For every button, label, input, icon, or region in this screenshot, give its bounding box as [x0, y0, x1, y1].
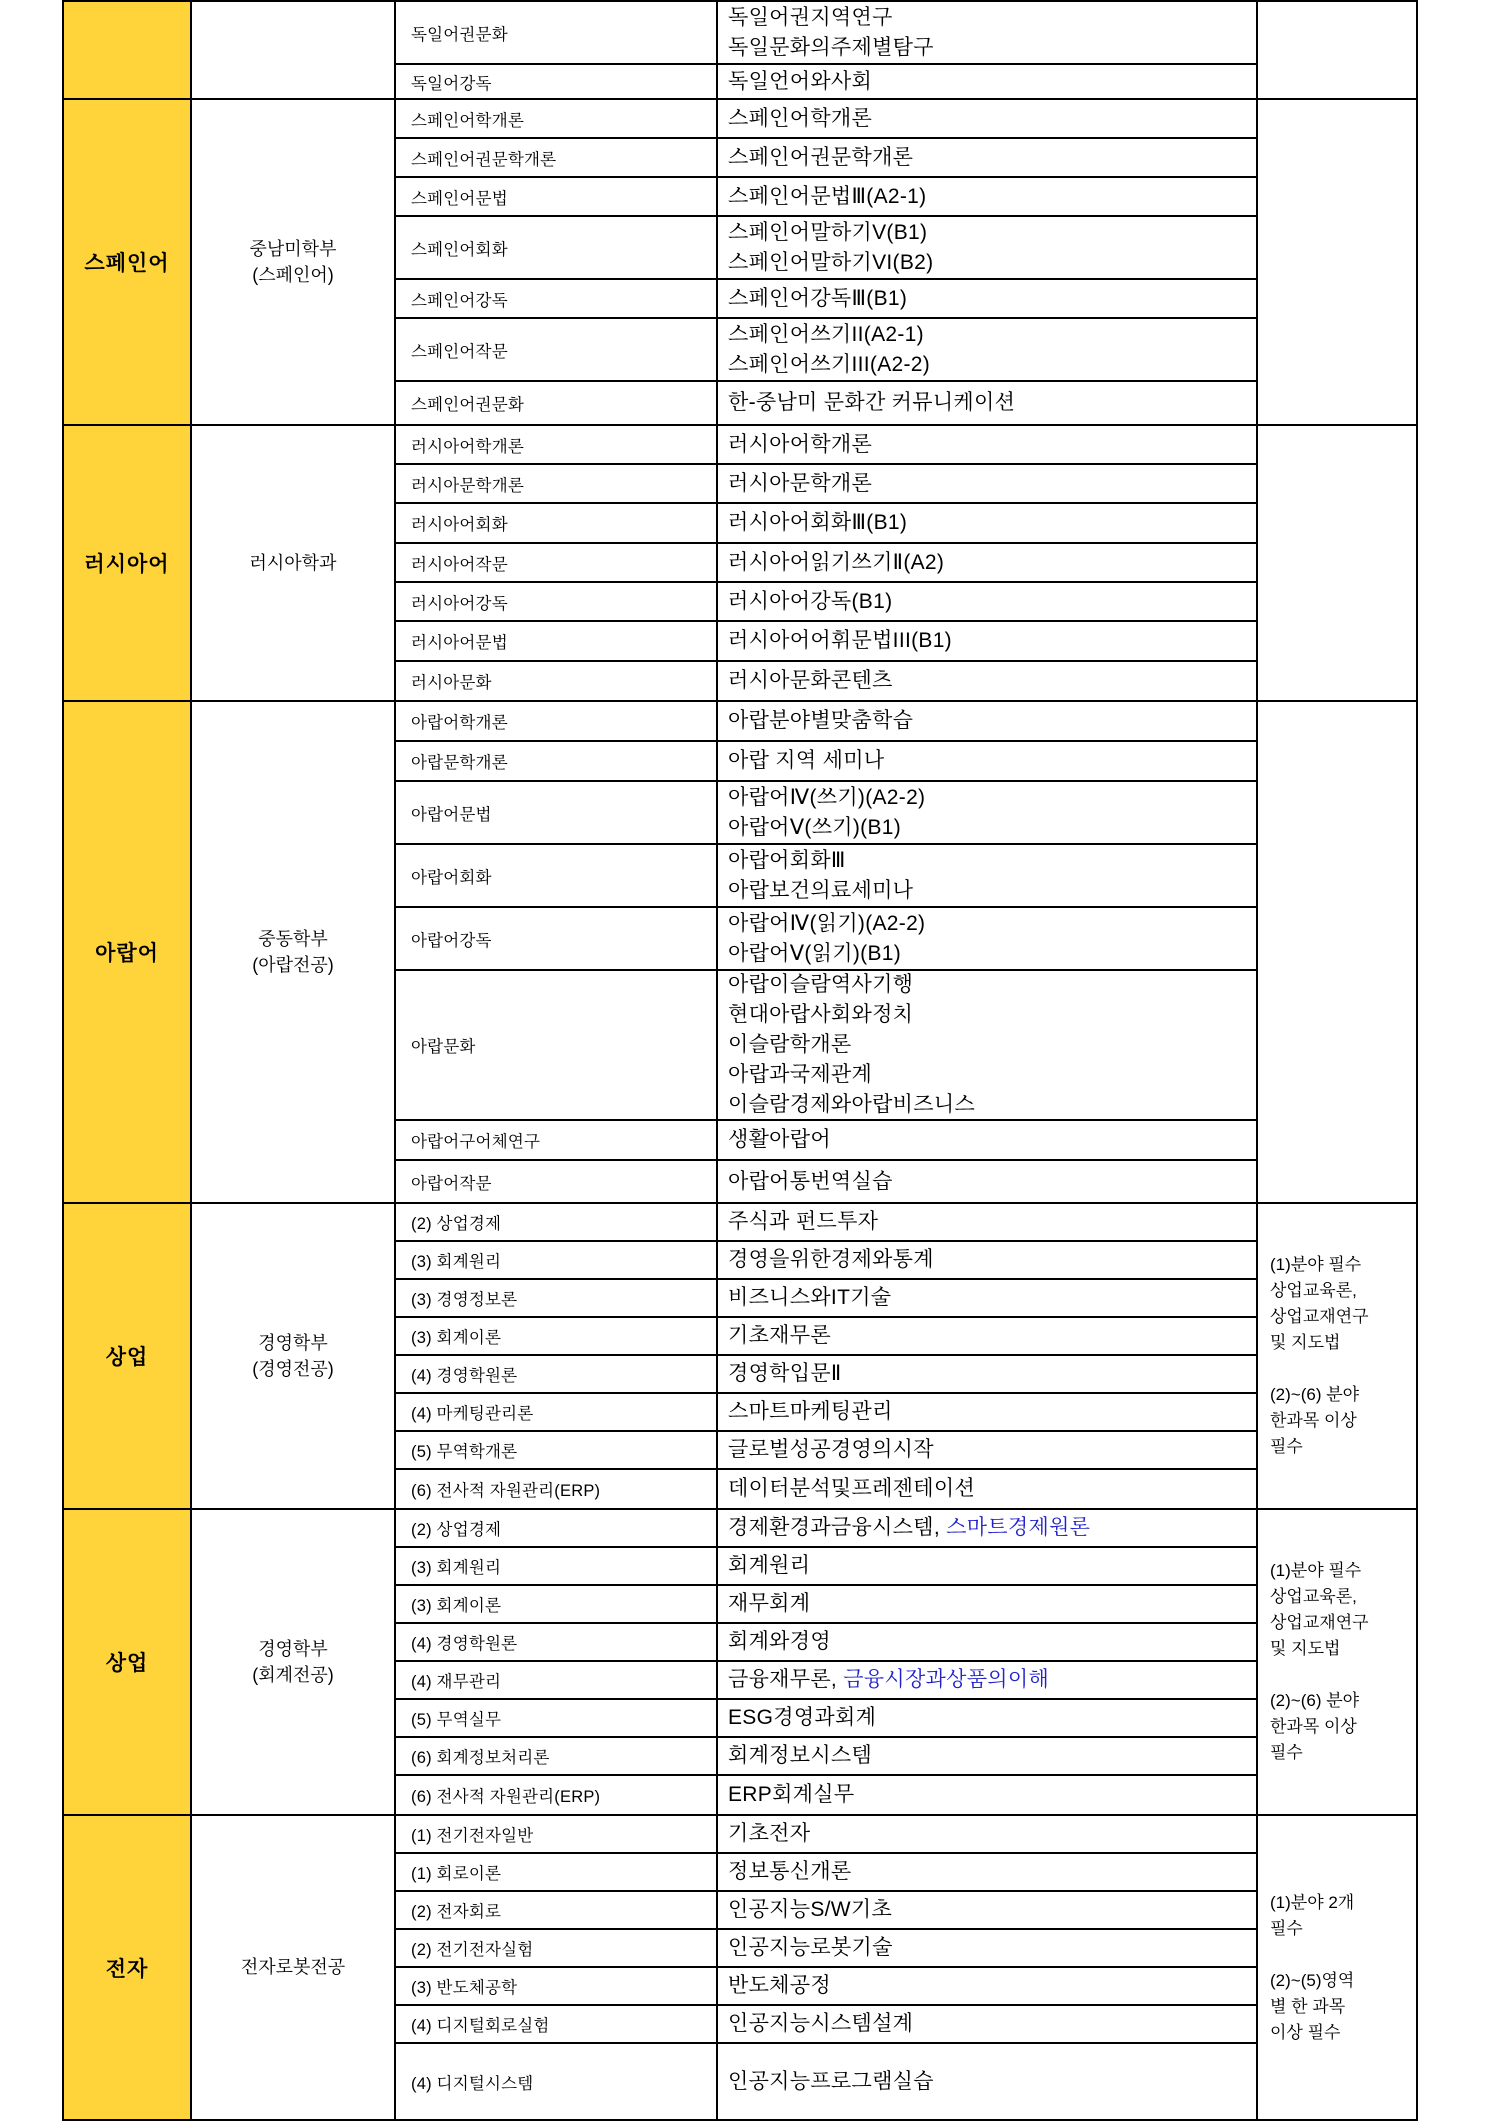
course-line: 독일문화의주제별탐구: [728, 33, 1256, 63]
category-cell: 러시아어회화: [396, 504, 718, 542]
course-text: ERP회계실무: [728, 1783, 854, 1806]
table-row: 스페인어강독스페인어강독Ⅲ(B1): [396, 280, 1256, 319]
course-text: 러시아문학개론: [728, 472, 872, 495]
table-row: (3) 회계이론기초재무론: [396, 1318, 1256, 1356]
course-line: 스페인어말하기V(B1): [728, 218, 1256, 248]
category-cell: (3) 회계이론: [396, 1586, 718, 1622]
category-cell: 아랍문화: [396, 971, 718, 1119]
course-text: 정보통신개론: [728, 1860, 852, 1883]
course-line: 회계와경영: [728, 1627, 1256, 1657]
course-line: 글로벌성공경영의시작: [728, 1435, 1256, 1465]
course-cell: 기초재무론: [718, 1318, 1256, 1354]
course-cell: 인공지능프로그램실습: [718, 2044, 1256, 2119]
dept-cell: 중남미학부 (스페인어): [192, 100, 396, 424]
course-line: 경영학입문Ⅱ: [728, 1359, 1256, 1389]
dept-cell: [192, 2, 396, 98]
table-row: (1) 회로이론정보통신개론: [396, 1854, 1256, 1892]
category-cell: 스페인어작문: [396, 319, 718, 380]
course-line: 아랍어Ⅳ(읽기)(A2-2): [728, 909, 1256, 939]
table-row: 독일어권문화독일어권지역연구독일문화의주제별탐구: [396, 2, 1256, 65]
course-cell: 정보통신개론: [718, 1854, 1256, 1890]
table-row: (3) 경영정보론비즈니스와IT기술: [396, 1280, 1256, 1318]
course-cell: 스마트마케팅관리: [718, 1394, 1256, 1430]
course-text: 아랍이슬람역사기행: [728, 973, 913, 996]
category-cell: (4) 경영학원론: [396, 1356, 718, 1392]
table-row: (3) 회계원리회계원리: [396, 1548, 1256, 1586]
table-row: 러시아어회화러시아어회화Ⅲ(B1): [396, 504, 1256, 544]
course-cell: 주식과 펀드투자: [718, 1204, 1256, 1240]
course-text: 독일문화의주제별탐구: [728, 36, 934, 59]
table-row: (6) 전사적 자원관리(ERP)데이터분석및프레젠테이션: [396, 1470, 1256, 1508]
dept-cell: 중동학부 (아랍전공): [192, 702, 396, 1202]
area-cell: 상업: [64, 1510, 192, 1814]
category-cell: (5) 무역실무: [396, 1700, 718, 1736]
course-cell: 한-중남미 문화간 커뮤니케이션: [718, 382, 1256, 424]
category-cell: (2) 전기전자실험: [396, 1930, 718, 1966]
course-line: 경제환경과금융시스템, 스마트경제원론: [728, 1513, 1256, 1543]
course-text: 재무회계: [728, 1592, 810, 1615]
course-text: 독일어권지역연구: [728, 6, 893, 29]
category-cell: (1) 전기전자일반: [396, 1816, 718, 1852]
course-line: 반도체공정: [728, 1971, 1256, 2001]
category-cell: (1) 회로이론: [396, 1854, 718, 1890]
course-cell: 독일언어와사회: [718, 65, 1256, 98]
note-cell: [1256, 2, 1416, 98]
course-cell: 반도체공정: [718, 1968, 1256, 2004]
course-text: 주식과 펀드투자: [728, 1210, 878, 1233]
table-row: (2) 전자회로인공지능S/W기초: [396, 1892, 1256, 1930]
table-row: (4) 디지털시스템인공지능프로그램실습: [396, 2044, 1256, 2119]
course-text: 스마트경제원론: [946, 1516, 1090, 1539]
category-cell: 아랍어문법: [396, 782, 718, 843]
course-line: 아랍어통번역실습: [728, 1167, 1256, 1197]
course-line: 아랍이슬람역사기행: [728, 971, 1256, 1000]
course-text: 기초재무론: [728, 1324, 831, 1347]
course-line: 인공지능S/W기초: [728, 1895, 1256, 1925]
table-row: 러시아문화러시아문화콘텐츠: [396, 662, 1256, 700]
course-cell: 기초전자: [718, 1816, 1256, 1852]
course-cell: 비즈니스와IT기술: [718, 1280, 1256, 1316]
course-text: 회계정보시스템: [728, 1744, 872, 1767]
course-line: 스페인어말하기VI(B2): [728, 248, 1256, 278]
course-text: 아랍 지역 세미나: [728, 749, 884, 772]
category-cell: (6) 회계정보처리론: [396, 1738, 718, 1774]
table-row: (4) 디지털회로실험인공지능시스템설계: [396, 2006, 1256, 2044]
course-text: 금융시장과상품의이해: [843, 1668, 1049, 1691]
course-cell: 아랍분야별맞춤학습: [718, 702, 1256, 740]
course-text: 아랍어회화Ⅲ: [728, 849, 846, 872]
course-line: 러시아어읽기쓰기Ⅱ(A2): [728, 548, 1256, 578]
course-line: 생활아랍어: [728, 1125, 1256, 1155]
area-cell: 상업: [64, 1204, 192, 1508]
table-row: (4) 경영학원론경영학입문Ⅱ: [396, 1356, 1256, 1394]
category-cell: (2) 전자회로: [396, 1892, 718, 1928]
course-cell: 러시아어학개론: [718, 426, 1256, 463]
course-cell: 스페인어권문학개론: [718, 139, 1256, 176]
category-cell: 독일어강독: [396, 65, 718, 98]
note-cell: (1)분야 2개 필수 (2)~(5)영역 별 한 과목 이상 필수: [1256, 1816, 1416, 2119]
course-text: 러시아어읽기쓰기Ⅱ(A2): [728, 551, 944, 574]
table-row: (2) 상업경제경제환경과금융시스템, 스마트경제원론: [396, 1510, 1256, 1548]
course-line: 스페인어권문학개론: [728, 143, 1256, 173]
course-cell: 인공지능로봇기술: [718, 1930, 1256, 1966]
course-line: 인공지능프로그램실습: [728, 2067, 1256, 2097]
note-cell: (1)분야 필수 상업교육론, 상업교재연구 및 지도법 (2)~(6) 분야 …: [1256, 1204, 1416, 1508]
rows-area: 아랍어학개론아랍분야별맞춤학습아랍문학개론아랍 지역 세미나아랍어문법아랍어Ⅳ(…: [396, 702, 1256, 1202]
course-line: 스마트마케팅관리: [728, 1397, 1256, 1427]
course-line: ERP회계실무: [728, 1780, 1256, 1810]
course-text: 인공지능시스템설계: [728, 2012, 913, 2035]
course-cell: 경영을위한경제와통계: [718, 1242, 1256, 1278]
course-line: 독일어권지역연구: [728, 3, 1256, 33]
course-line: 러시아어어휘문법III(B1): [728, 626, 1256, 656]
category-cell: (4) 디지털회로실험: [396, 2006, 718, 2042]
course-text: 경제환경과금융시스템,: [728, 1516, 946, 1539]
course-cell: 스페인어강독Ⅲ(B1): [718, 280, 1256, 317]
table-row: (5) 무역실무ESG경영과회계: [396, 1700, 1256, 1738]
table-row: 아랍어문법아랍어Ⅳ(쓰기)(A2-2)아랍어Ⅴ(쓰기)(B1): [396, 782, 1256, 845]
course-line: 금융재무론, 금융시장과상품의이해: [728, 1665, 1256, 1695]
category-cell: 스페인어학개론: [396, 100, 718, 137]
table-row: 아랍어작문아랍어통번역실습: [396, 1161, 1256, 1202]
table-row: 아랍어학개론아랍분야별맞춤학습: [396, 702, 1256, 742]
category-cell: 러시아어학개론: [396, 426, 718, 463]
course-cell: 아랍어Ⅳ(읽기)(A2-2)아랍어Ⅴ(읽기)(B1): [718, 908, 1256, 969]
course-cell: 인공지능S/W기초: [718, 1892, 1256, 1928]
course-line: 스페인어학개론: [728, 104, 1256, 134]
course-cell: 생활아랍어: [718, 1121, 1256, 1159]
table-row: (5) 무역학개론글로벌성공경영의시작: [396, 1432, 1256, 1470]
course-line: 아랍 지역 세미나: [728, 746, 1256, 776]
course-cell: 스페인어말하기V(B1)스페인어말하기VI(B2): [718, 217, 1256, 278]
course-cell: 금융재무론, 금융시장과상품의이해: [718, 1662, 1256, 1698]
category-cell: 러시아문학개론: [396, 465, 718, 502]
section-spanish: 스페인어중남미학부 (스페인어)스페인어학개론스페인어학개론스페인어권문학개론스…: [62, 100, 1418, 426]
course-cell: 아랍어회화Ⅲ아랍보건의료세미나: [718, 845, 1256, 906]
note-cell: [1256, 702, 1416, 1202]
category-cell: (3) 반도체공학: [396, 1968, 718, 2004]
table-row: 러시아어학개론러시아어학개론: [396, 426, 1256, 465]
table-row: (3) 회계원리경영을위한경제와통계: [396, 1242, 1256, 1280]
section-russian: 러시아어러시아학과러시아어학개론러시아어학개론러시아문학개론러시아문학개론러시아…: [62, 426, 1418, 702]
note-cell: [1256, 100, 1416, 424]
table-row: (2) 전기전자실험인공지능로봇기술: [396, 1930, 1256, 1968]
course-cell: 러시아어강독(B1): [718, 583, 1256, 620]
category-cell: 아랍어학개론: [396, 702, 718, 740]
table-row: 스페인어회화스페인어말하기V(B1)스페인어말하기VI(B2): [396, 217, 1256, 280]
category-cell: 아랍어회화: [396, 845, 718, 906]
section-commerce-accounting: 상업경영학부 (회계전공)(2) 상업경제경제환경과금융시스템, 스마트경제원론…: [62, 1510, 1418, 1816]
course-line: 독일언어와사회: [728, 67, 1256, 97]
course-text: 인공지능프로그램실습: [728, 2070, 934, 2093]
course-line: 인공지능시스템설계: [728, 2009, 1256, 2039]
course-line: 현대아랍사회와정치: [728, 1000, 1256, 1030]
category-cell: 스페인어강독: [396, 280, 718, 317]
course-line: 아랍어Ⅴ(쓰기)(B1): [728, 813, 1256, 843]
course-line: 한-중남미 문화간 커뮤니케이션: [728, 388, 1256, 418]
course-text: 러시아어강독(B1): [728, 590, 892, 613]
course-text: 인공지능로봇기술: [728, 1936, 893, 1959]
table-row: 스페인어학개론스페인어학개론: [396, 100, 1256, 139]
course-text: 반도체공정: [728, 1974, 831, 1997]
area-cell: [64, 2, 192, 98]
rows-area: 러시아어학개론러시아어학개론러시아문학개론러시아문학개론러시아어회화러시아어회화…: [396, 426, 1256, 700]
course-line: 아랍어Ⅳ(쓰기)(A2-2): [728, 783, 1256, 813]
course-cell: 경영학입문Ⅱ: [718, 1356, 1256, 1392]
course-text: 인공지능S/W기초: [728, 1898, 892, 1921]
course-cell: 데이터분석및프레젠테이션: [718, 1470, 1256, 1508]
course-cell: 글로벌성공경영의시작: [718, 1432, 1256, 1468]
category-cell: (4) 경영학원론: [396, 1624, 718, 1660]
course-text: 비즈니스와IT기술: [728, 1286, 891, 1309]
course-text: 이슬람경제와아랍비즈니스: [728, 1093, 975, 1116]
category-cell: (5) 무역학개론: [396, 1432, 718, 1468]
course-line: 스페인어문법Ⅲ(A2-1): [728, 182, 1256, 212]
course-text: 러시아어어휘문법III(B1): [728, 629, 952, 652]
course-line: 아랍보건의료세미나: [728, 876, 1256, 906]
course-text: 아랍분야별맞춤학습: [728, 709, 913, 732]
category-cell: (4) 디지털시스템: [396, 2044, 718, 2119]
section-electronics: 전자전자로봇전공(1) 전기전자일반기초전자(1) 회로이론정보통신개론(2) …: [62, 1816, 1418, 2121]
course-text: 경영을위한경제와통계: [728, 1248, 934, 1271]
category-cell: (2) 상업경제: [396, 1510, 718, 1546]
rows-area: (2) 상업경제경제환경과금융시스템, 스마트경제원론(3) 회계원리회계원리(…: [396, 1510, 1256, 1814]
course-text: 아랍어Ⅴ(쓰기)(B1): [728, 816, 901, 839]
section-german-partial: 독일어권문화독일어권지역연구독일문화의주제별탐구독일어강독독일언어와사회: [62, 2, 1418, 100]
course-line: 스페인어쓰기II(A2-1): [728, 320, 1256, 350]
category-cell: 러시아어강독: [396, 583, 718, 620]
course-line: 러시아어강독(B1): [728, 587, 1256, 617]
table-row: (4) 재무관리금융재무론, 금융시장과상품의이해: [396, 1662, 1256, 1700]
category-cell: (3) 회계원리: [396, 1548, 718, 1584]
course-cell: 러시아어어휘문법III(B1): [718, 622, 1256, 660]
category-cell: 러시아어작문: [396, 544, 718, 581]
course-cell: 회계정보시스템: [718, 1738, 1256, 1774]
category-cell: 러시아문화: [396, 662, 718, 700]
category-cell: 아랍어강독: [396, 908, 718, 969]
rows-area: (2) 상업경제주식과 펀드투자(3) 회계원리경영을위한경제와통계(3) 경영…: [396, 1204, 1256, 1508]
category-cell: 스페인어권문학개론: [396, 139, 718, 176]
course-cell: 스페인어문법Ⅲ(A2-1): [718, 178, 1256, 215]
course-cell: 러시아문화콘텐츠: [718, 662, 1256, 700]
category-cell: 아랍문학개론: [396, 742, 718, 780]
course-cell: 회계와경영: [718, 1624, 1256, 1660]
curriculum-table: 독일어권문화독일어권지역연구독일문화의주제별탐구독일어강독독일언어와사회스페인어…: [62, 0, 1418, 2121]
course-cell: 아랍 지역 세미나: [718, 742, 1256, 780]
course-line: 비즈니스와IT기술: [728, 1283, 1256, 1313]
course-line: 아랍분야별맞춤학습: [728, 706, 1256, 736]
table-row: 아랍문학개론아랍 지역 세미나: [396, 742, 1256, 782]
table-row: (1) 전기전자일반기초전자: [396, 1816, 1256, 1854]
category-cell: 스페인어권문화: [396, 382, 718, 424]
course-text: 스페인어쓰기II(A2-1): [728, 323, 924, 346]
dept-cell: 전자로봇전공: [192, 1816, 396, 2119]
table-row: (3) 반도체공학반도체공정: [396, 1968, 1256, 2006]
course-text: 스페인어문법Ⅲ(A2-1): [728, 185, 926, 208]
course-text: 아랍어Ⅴ(읽기)(B1): [728, 942, 901, 965]
course-line: 경영을위한경제와통계: [728, 1245, 1256, 1275]
course-cell: 러시아어회화Ⅲ(B1): [718, 504, 1256, 542]
course-text: 러시아문화콘텐츠: [728, 669, 893, 692]
category-cell: (4) 마케팅관리론: [396, 1394, 718, 1430]
course-text: 러시아어회화Ⅲ(B1): [728, 511, 907, 534]
table-row: (6) 회계정보처리론회계정보시스템: [396, 1738, 1256, 1776]
table-row: (6) 전사적 자원관리(ERP)ERP회계실무: [396, 1776, 1256, 1814]
course-text: 기초전자: [728, 1822, 810, 1845]
table-row: (2) 상업경제주식과 펀드투자: [396, 1204, 1256, 1242]
course-line: 회계원리: [728, 1551, 1256, 1581]
table-row: 러시아어강독러시아어강독(B1): [396, 583, 1256, 622]
area-cell: 아랍어: [64, 702, 192, 1202]
dept-cell: 경영학부 (회계전공): [192, 1510, 396, 1814]
course-line: 러시아문화콘텐츠: [728, 666, 1256, 696]
category-cell: 독일어권문화: [396, 2, 718, 63]
rows-area: 스페인어학개론스페인어학개론스페인어권문학개론스페인어권문학개론스페인어문법스페…: [396, 100, 1256, 424]
course-line: 스페인어강독Ⅲ(B1): [728, 284, 1256, 314]
course-cell: 아랍이슬람역사기행현대아랍사회와정치이슬람학개론아랍과국제관계이슬람경제와아랍비…: [718, 971, 1256, 1119]
course-text: 아랍어통번역실습: [728, 1170, 893, 1193]
category-cell: (4) 재무관리: [396, 1662, 718, 1698]
course-line: ESG경영과회계: [728, 1703, 1256, 1733]
course-text: 스페인어학개론: [728, 107, 872, 130]
course-text: 독일언어와사회: [728, 70, 872, 93]
course-line: 데이터분석및프레젠테이션: [728, 1474, 1256, 1504]
course-text: 스페인어권문학개론: [728, 146, 913, 169]
course-text: 러시아어학개론: [728, 433, 872, 456]
note-cell: (1)분야 필수 상업교육론, 상업교재연구 및 지도법 (2)~(6) 분야 …: [1256, 1510, 1416, 1814]
course-cell: 러시아어읽기쓰기Ⅱ(A2): [718, 544, 1256, 581]
course-cell: ESG경영과회계: [718, 1700, 1256, 1736]
area-cell: 러시아어: [64, 426, 192, 700]
category-cell: (6) 전사적 자원관리(ERP): [396, 1776, 718, 1814]
course-line: 러시아문학개론: [728, 469, 1256, 499]
table-row: 아랍문화아랍이슬람역사기행현대아랍사회와정치이슬람학개론아랍과국제관계이슬람경제…: [396, 971, 1256, 1121]
course-line: 스페인어쓰기III(A2-2): [728, 350, 1256, 380]
table-row: 러시아어작문러시아어읽기쓰기Ⅱ(A2): [396, 544, 1256, 583]
table-row: 러시아어문법러시아어어휘문법III(B1): [396, 622, 1256, 662]
table-row: 스페인어문법스페인어문법Ⅲ(A2-1): [396, 178, 1256, 217]
course-cell: 인공지능시스템설계: [718, 2006, 1256, 2042]
course-cell: 아랍어통번역실습: [718, 1161, 1256, 1202]
course-text: 회계와경영: [728, 1630, 831, 1653]
table-row: 스페인어권문학개론스페인어권문학개론: [396, 139, 1256, 178]
course-text: 한-중남미 문화간 커뮤니케이션: [728, 391, 1015, 414]
course-text: 아랍보건의료세미나: [728, 879, 913, 902]
note-cell: [1256, 426, 1416, 700]
course-line: 주식과 펀드투자: [728, 1207, 1256, 1237]
table-row: 러시아문학개론러시아문학개론: [396, 465, 1256, 504]
rows-area: 독일어권문화독일어권지역연구독일문화의주제별탐구독일어강독독일언어와사회: [396, 2, 1256, 98]
table-row: (4) 경영학원론회계와경영: [396, 1624, 1256, 1662]
course-text: 아랍어Ⅳ(읽기)(A2-2): [728, 912, 925, 935]
course-line: 재무회계: [728, 1589, 1256, 1619]
area-cell: 전자: [64, 1816, 192, 2119]
category-cell: (6) 전사적 자원관리(ERP): [396, 1470, 718, 1508]
course-line: 정보통신개론: [728, 1857, 1256, 1887]
course-text: 스페인어쓰기III(A2-2): [728, 353, 930, 376]
course-cell: 러시아문학개론: [718, 465, 1256, 502]
category-cell: 스페인어회화: [396, 217, 718, 278]
course-line: 러시아어학개론: [728, 430, 1256, 460]
course-cell: 스페인어학개론: [718, 100, 1256, 137]
course-text: 스페인어강독Ⅲ(B1): [728, 287, 907, 310]
dept-cell: 경영학부 (경영전공): [192, 1204, 396, 1508]
course-line: 기초전자: [728, 1819, 1256, 1849]
course-line: 이슬람학개론: [728, 1030, 1256, 1060]
course-text: 이슬람학개론: [728, 1033, 852, 1056]
course-text: 회계원리: [728, 1554, 810, 1577]
course-line: 기초재무론: [728, 1321, 1256, 1351]
table-row: 아랍어강독아랍어Ⅳ(읽기)(A2-2)아랍어Ⅴ(읽기)(B1): [396, 908, 1256, 971]
category-cell: (2) 상업경제: [396, 1204, 718, 1240]
category-cell: 아랍어구어체연구: [396, 1121, 718, 1159]
table-row: (3) 회계이론재무회계: [396, 1586, 1256, 1624]
category-cell: (3) 회계원리: [396, 1242, 718, 1278]
category-cell: 아랍어작문: [396, 1161, 718, 1202]
course-text: 데이터분석및프레젠테이션: [728, 1477, 975, 1500]
area-cell: 스페인어: [64, 100, 192, 424]
course-text: 현대아랍사회와정치: [728, 1003, 913, 1026]
course-text: ESG경영과회계: [728, 1706, 876, 1729]
course-line: 회계정보시스템: [728, 1741, 1256, 1771]
table-row: 독일어강독독일언어와사회: [396, 65, 1256, 98]
course-line: 러시아어회화Ⅲ(B1): [728, 508, 1256, 538]
category-cell: (3) 회계이론: [396, 1318, 718, 1354]
section-commerce-management: 상업경영학부 (경영전공)(2) 상업경제주식과 펀드투자(3) 회계원리경영을…: [62, 1204, 1418, 1510]
rows-area: (1) 전기전자일반기초전자(1) 회로이론정보통신개론(2) 전자회로인공지능…: [396, 1816, 1256, 2119]
course-text: 경영학입문Ⅱ: [728, 1362, 842, 1385]
course-cell: 경제환경과금융시스템, 스마트경제원론: [718, 1510, 1256, 1546]
course-line: 아랍어회화Ⅲ: [728, 846, 1256, 876]
course-line: 아랍과국제관계: [728, 1060, 1256, 1090]
course-text: 스페인어말하기VI(B2): [728, 251, 933, 274]
category-cell: 러시아어문법: [396, 622, 718, 660]
course-cell: ERP회계실무: [718, 1776, 1256, 1814]
course-cell: 재무회계: [718, 1586, 1256, 1622]
table-row: 아랍어회화아랍어회화Ⅲ아랍보건의료세미나: [396, 845, 1256, 908]
course-text: 스마트마케팅관리: [728, 1400, 893, 1423]
section-arabic: 아랍어중동학부 (아랍전공)아랍어학개론아랍분야별맞춤학습아랍문학개론아랍 지역…: [62, 702, 1418, 1204]
table-row: 스페인어작문스페인어쓰기II(A2-1)스페인어쓰기III(A2-2): [396, 319, 1256, 382]
category-cell: 스페인어문법: [396, 178, 718, 215]
course-text: 스페인어말하기V(B1): [728, 221, 927, 244]
course-line: 아랍어Ⅴ(읽기)(B1): [728, 939, 1256, 969]
dept-cell: 러시아학과: [192, 426, 396, 700]
table-row: 아랍어구어체연구생활아랍어: [396, 1121, 1256, 1161]
course-line: 인공지능로봇기술: [728, 1933, 1256, 1963]
category-cell: (3) 경영정보론: [396, 1280, 718, 1316]
course-text: 생활아랍어: [728, 1128, 831, 1151]
course-text: 아랍어Ⅳ(쓰기)(A2-2): [728, 786, 925, 809]
course-cell: 아랍어Ⅳ(쓰기)(A2-2)아랍어Ⅴ(쓰기)(B1): [718, 782, 1256, 843]
course-cell: 회계원리: [718, 1548, 1256, 1584]
course-cell: 스페인어쓰기II(A2-1)스페인어쓰기III(A2-2): [718, 319, 1256, 380]
course-text: 아랍과국제관계: [728, 1063, 872, 1086]
course-cell: 독일어권지역연구독일문화의주제별탐구: [718, 2, 1256, 63]
course-line: 이슬람경제와아랍비즈니스: [728, 1090, 1256, 1119]
table-row: (4) 마케팅관리론스마트마케팅관리: [396, 1394, 1256, 1432]
course-text: 금융재무론,: [728, 1668, 843, 1691]
table-row: 스페인어권문화한-중남미 문화간 커뮤니케이션: [396, 382, 1256, 424]
course-text: 글로벌성공경영의시작: [728, 1438, 934, 1461]
